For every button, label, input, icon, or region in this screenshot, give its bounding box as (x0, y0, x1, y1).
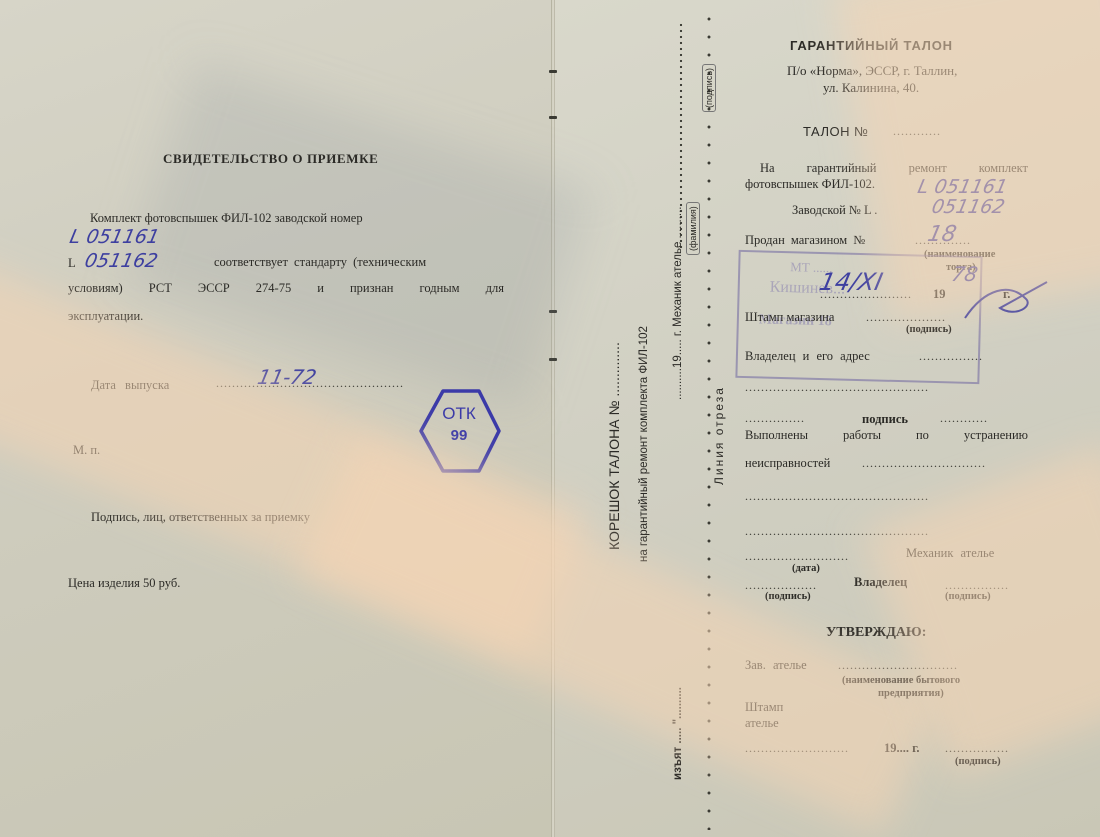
repair-date-field[interactable]: .......................... (745, 549, 849, 564)
repair-text-line2: фотовспышек ФИЛ-102. (745, 177, 875, 192)
stitch-mark (549, 70, 557, 73)
owner-signature-field-2[interactable]: ............ (940, 411, 988, 426)
booklet-spine (551, 0, 555, 837)
factory-number-handwritten-1: L 051161 (916, 176, 1010, 198)
defects-field-3[interactable]: ........................................… (745, 524, 929, 539)
mechanic-signature-hint: (подпись) (765, 591, 811, 602)
approval-signature-hint: (подпись) (955, 756, 1001, 767)
defects-field-2[interactable]: ........................................… (745, 489, 929, 504)
cut-line-label: Линия отреза (712, 386, 726, 485)
release-date-label: Дата выпуска (91, 378, 169, 393)
enterprise-hint-2: предприятия) (878, 688, 944, 699)
factory-number-label: Заводской № L . (792, 203, 877, 218)
works-performed-label: Выполнены работы по устранению (745, 428, 1028, 443)
owner-address-label: Владелец и его адрес (745, 349, 870, 364)
factory-number-handwritten-2: 051162 (930, 196, 1007, 218)
price-label: Цена изделия 50 руб. (68, 576, 180, 591)
date-hint: (дата) (792, 563, 820, 574)
repair-text-line1: На гарантийный ремонт комплект (760, 161, 1028, 176)
coupon-number-field[interactable]: ............ (893, 124, 941, 139)
signature-hint: (подпись) (906, 324, 952, 335)
otk-stamp-label: ОТК (415, 404, 503, 424)
defects-field[interactable]: ............................... (862, 456, 986, 471)
stitch-mark (549, 358, 557, 361)
workshop-head-label: Зав. ателье (745, 658, 807, 673)
counterfoil-taken-label: изъят ..... ".......... (672, 687, 684, 780)
otk-stamp-number: 99 (415, 427, 503, 444)
serial-handwritten-1: L 051161 (68, 226, 162, 248)
acceptance-paragraph-line3: условиям) РСТ ЭССР 274-75 и признан годн… (68, 281, 504, 296)
mechanic-label: Механик ателье (906, 546, 994, 561)
shop-stamp-signature-field[interactable]: .................... (866, 310, 946, 325)
defects-label: неисправностей (745, 456, 830, 471)
stitch-mark (549, 310, 557, 313)
warranty-card-title: ГАРАНТИЙНЫЙ ТАЛОН (790, 38, 953, 53)
approval-year: 19.... г. (884, 741, 920, 756)
sold-by-store-label: Продан магазином № (745, 233, 865, 248)
manufacturer-address-line1: П/о «Норма», ЭССР, г. Таллин, (787, 63, 957, 79)
release-date-handwritten: 11-72 (255, 365, 318, 389)
owner-address-field-2[interactable]: ........................................… (745, 380, 929, 395)
counterfoil-surname-box: (фамилия) (686, 202, 700, 255)
cut-line[interactable] (707, 10, 711, 830)
acceptance-paragraph-line4: эксплуатации. (68, 309, 143, 324)
counterfoil-title: КОРЕШОК ТАЛОНА № .............. (606, 342, 622, 550)
counterfoil-subtitle: на гарантийный ремонт комплекта ФИЛ-102 (638, 326, 650, 562)
counterfoil-signature-box: (подпись) (702, 64, 716, 112)
seller-signature-icon (955, 278, 1050, 328)
owner-signature-label: подпись (862, 412, 908, 427)
workshop-head-field[interactable]: .............................. (838, 658, 958, 673)
acceptance-paragraph-line2: соответствует стандарту (техническим (214, 255, 426, 270)
approval-date-field[interactable]: .......................... (745, 741, 849, 756)
owner-signature-field[interactable]: ............... (745, 411, 805, 426)
counterfoil-date-line: ..........19..... г. Механик ателье ....… (672, 206, 684, 400)
warranty-booklet: СВИДЕТЕЛЬСТВО О ПРИЕМКЕ Комплект фотовсп… (0, 0, 1100, 837)
shop-stamp-label: Штамп магазина (745, 310, 834, 325)
enterprise-hint: (наименование бытового (842, 675, 960, 686)
manufacturer-address-line2: ул. Калинина, 40. (823, 80, 919, 96)
approval-signature-field[interactable]: ................ (945, 741, 1009, 756)
store-number-handwritten: 18 (925, 222, 958, 247)
responsible-signature-label: Подпись, лиц, ответственных за приемку (91, 510, 310, 525)
otk-stamp: ОТК 99 (415, 387, 503, 475)
serial-prefix: L (68, 256, 76, 271)
workshop-stamp-label-2: ателье (745, 716, 779, 731)
stitch-mark (549, 116, 557, 119)
workshop-stamp-label: Штамп (745, 700, 783, 715)
sale-year-prefix: 19 (933, 287, 946, 302)
serial-handwritten-2: 051162 (83, 250, 160, 272)
approve-heading: УТВЕРЖДАЮ: (826, 625, 926, 641)
acceptance-certificate-title: СВИДЕТЕЛЬСТВО О ПРИЕМКЕ (163, 151, 378, 167)
owner-label: Владелец (854, 575, 907, 590)
owner-address-field[interactable]: ................ (919, 349, 983, 364)
seal-place-label: М. п. (73, 443, 100, 458)
coupon-number-label: ТАЛОН № (803, 124, 869, 139)
sale-date-handwritten: 14/XI (817, 268, 885, 296)
owner-signature-hint: (подпись) (945, 591, 991, 602)
